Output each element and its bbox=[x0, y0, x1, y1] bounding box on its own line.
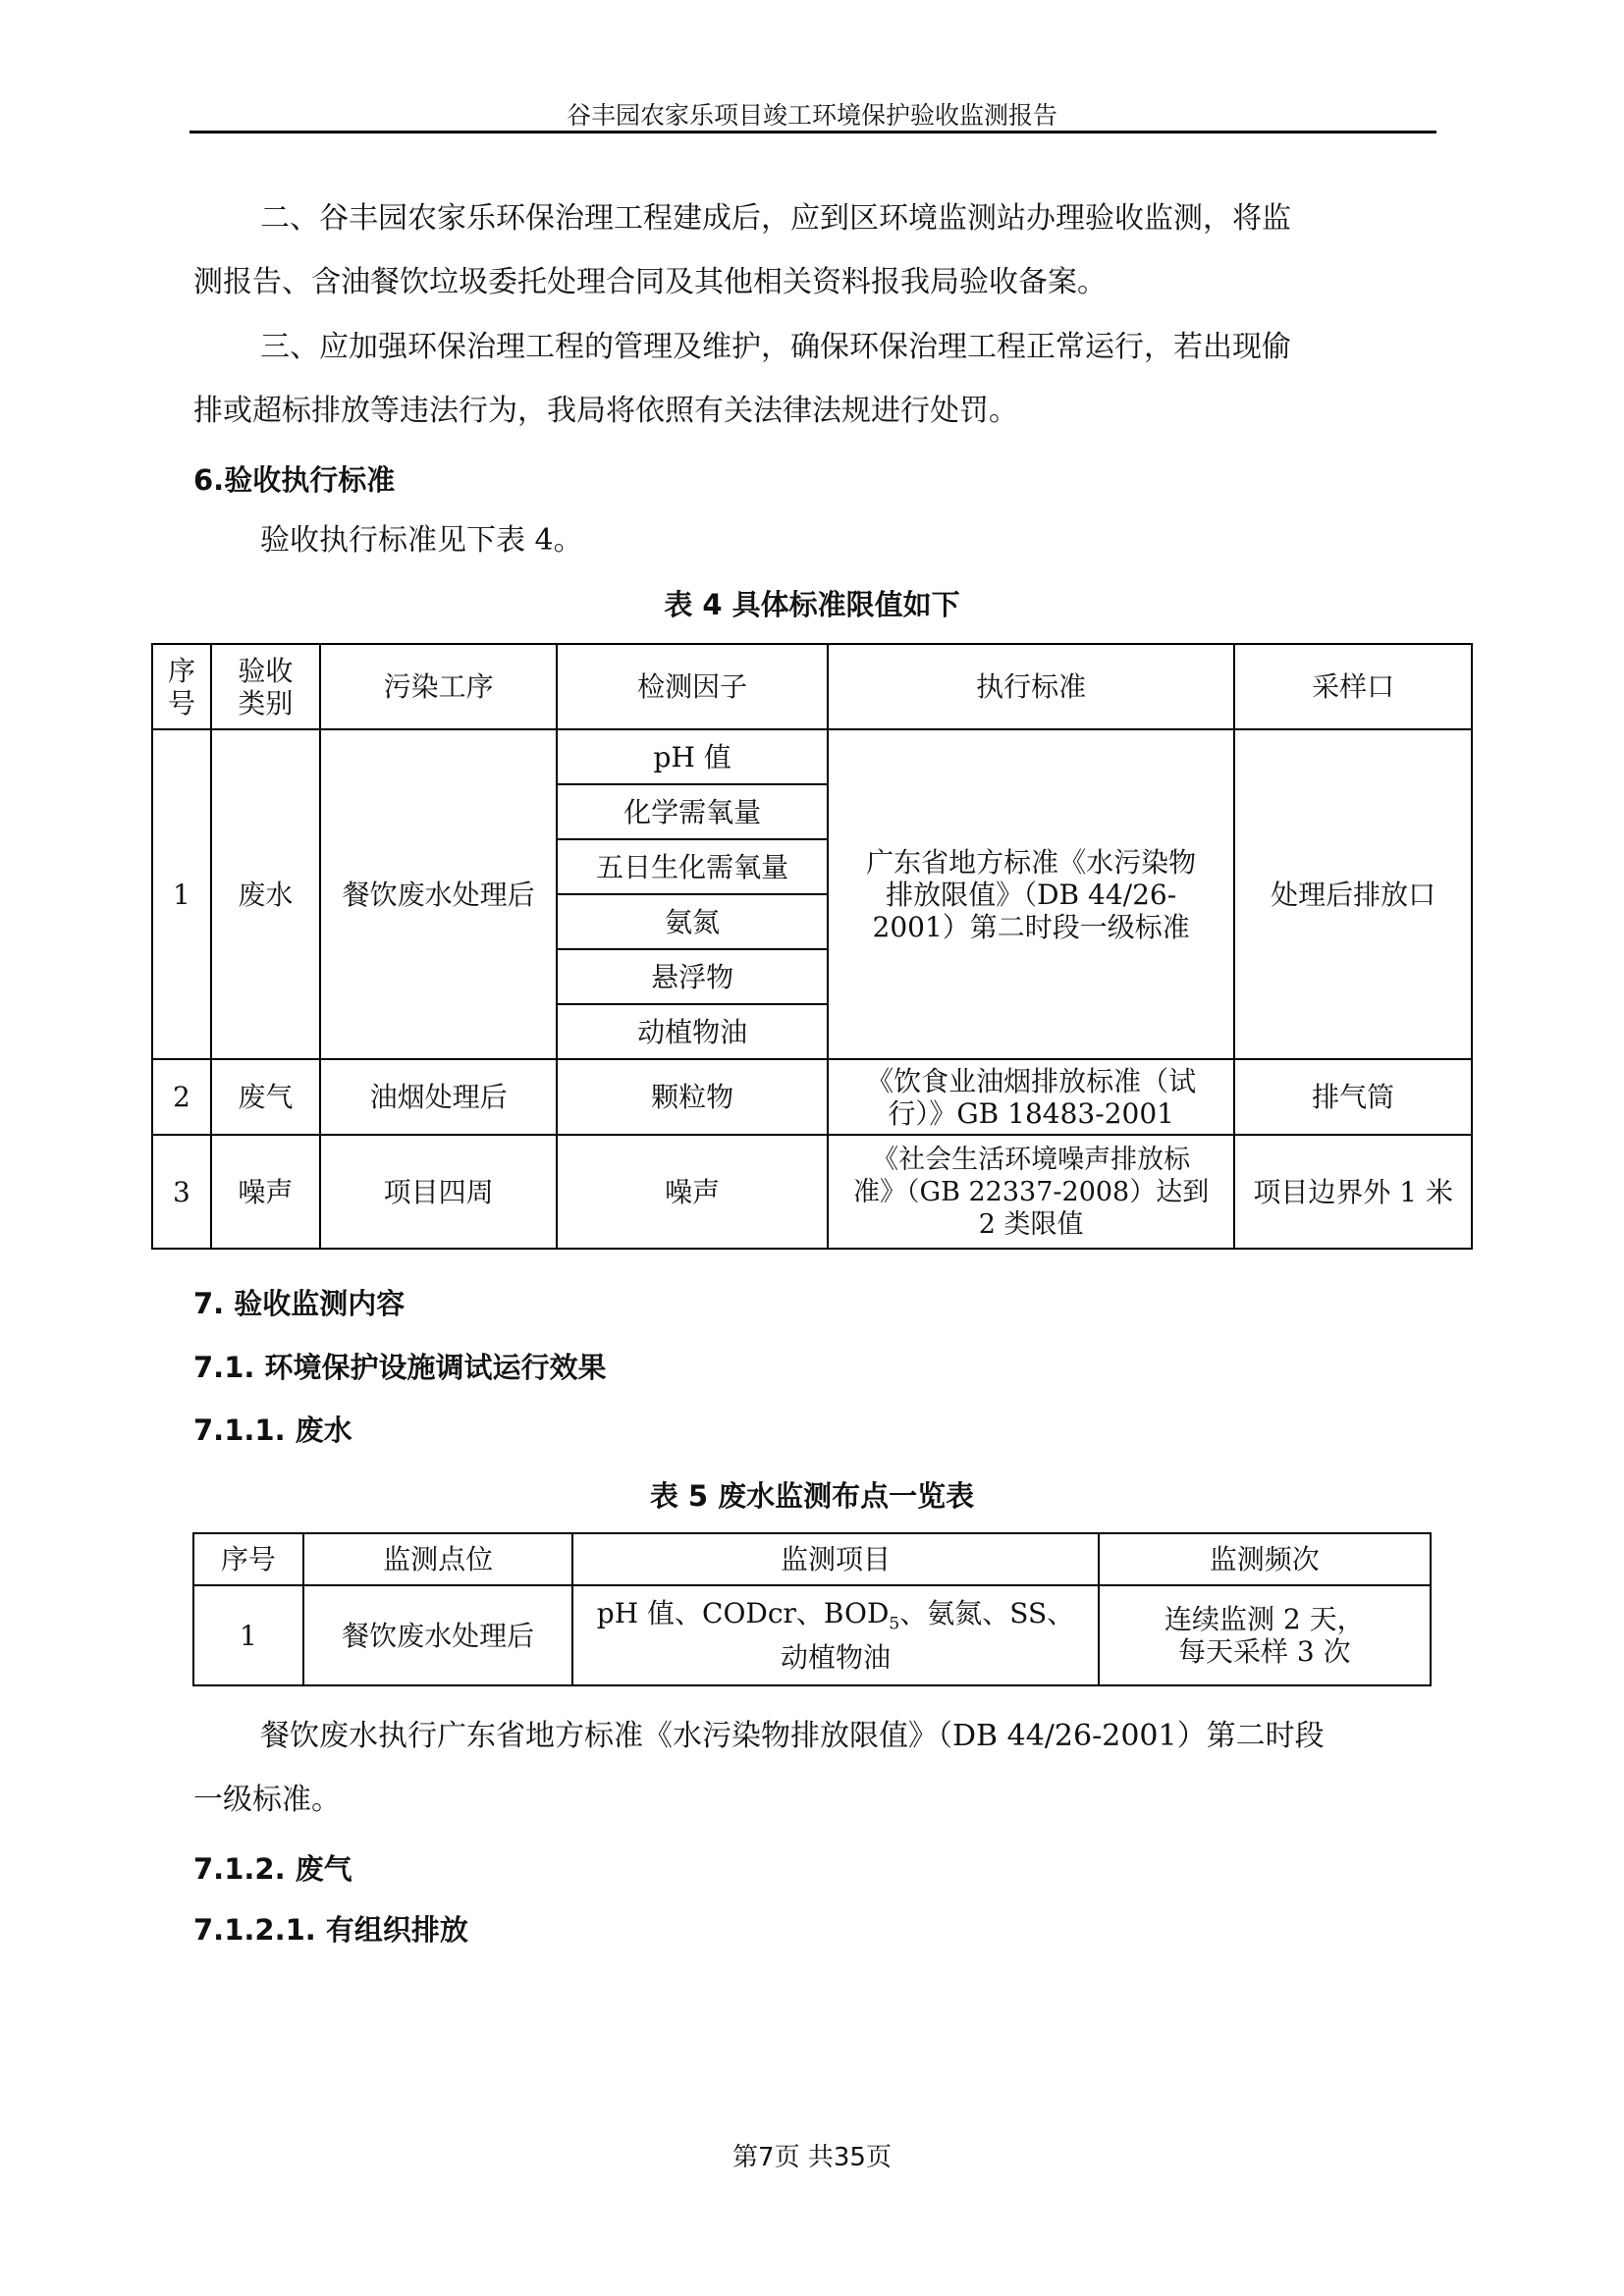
header-cell-standard: 执行标准 bbox=[828, 644, 1234, 729]
table-header-row: 序号 监测点位 监测项目 监测频次 bbox=[193, 1533, 1431, 1585]
page-number: 第7页 共35页 bbox=[0, 2137, 1624, 2173]
header-cell-no: 序号 bbox=[193, 1533, 303, 1585]
cell-sampling: 排气筒 bbox=[1234, 1059, 1472, 1135]
header-cell-frequency: 监测频次 bbox=[1099, 1533, 1431, 1585]
standard-line: 准》（GB 22337-2008）达到 bbox=[831, 1176, 1231, 1208]
table-row: 1 餐饮废水处理后 pH 值、CODcr、BOD5、氨氮、SS、 动植物油 连续… bbox=[193, 1585, 1431, 1685]
table4-caption: 表 4 具体标准限值如下 bbox=[0, 583, 1624, 623]
frequency-line: 连续监测 2 天， bbox=[1102, 1603, 1428, 1635]
cell-category: 废水 bbox=[211, 729, 320, 1059]
subscript: 5 bbox=[889, 1615, 899, 1634]
header-cell-process: 污染工序 bbox=[320, 644, 558, 729]
standard-line: 行）》GB 18483-2001 bbox=[831, 1097, 1231, 1130]
section-heading-6: 6.验收执行标准 bbox=[193, 458, 395, 499]
cell-process: 项目四周 bbox=[320, 1135, 558, 1249]
standard-line: 《社会生活环境噪声排放标 bbox=[831, 1144, 1231, 1176]
frequency-line: 每天采样 3 次 bbox=[1102, 1635, 1428, 1668]
cell-process: 油烟处理后 bbox=[320, 1059, 558, 1135]
table-row: 1 废水 餐饮废水处理后 pH 值 广东省地方标准《水污染物 排放限值》（DB … bbox=[152, 729, 1472, 784]
paragraph-line: 一级标准。 bbox=[193, 1783, 341, 1817]
cell-frequency: 连续监测 2 天， 每天采样 3 次 bbox=[1099, 1585, 1431, 1685]
cell-no: 1 bbox=[193, 1585, 303, 1685]
cell-factor: 动植物油 bbox=[557, 1004, 828, 1059]
cell-category: 噪声 bbox=[211, 1135, 320, 1249]
standard-line: 广东省地方标准《水污染物 bbox=[831, 846, 1231, 879]
table-row: 2 废气 油烟处理后 颗粒物 《饮食业油烟排放标准（试 行）》GB 18483-… bbox=[152, 1059, 1472, 1135]
section-heading-7: 7. 验收监测内容 bbox=[193, 1282, 405, 1322]
cell-point: 餐饮废水处理后 bbox=[303, 1585, 573, 1685]
cell-process: 餐饮废水处理后 bbox=[320, 729, 558, 1059]
paragraph-line: 餐饮废水执行广东省地方标准《水污染物排放限值》（DB 44/26-2001）第二… bbox=[260, 1719, 1325, 1753]
header-text: 类别 bbox=[214, 687, 317, 720]
cell-items: pH 值、CODcr、BOD5、氨氮、SS、 动植物油 bbox=[572, 1585, 1098, 1685]
cell-sampling: 处理后排放口 bbox=[1234, 729, 1472, 1059]
items-line: 动植物油 bbox=[575, 1641, 1095, 1674]
section-heading-7-1: 7.1. 环境保护设施调试运行效果 bbox=[193, 1346, 607, 1386]
cell-factor: 化学需氧量 bbox=[557, 784, 828, 839]
paragraph-line: 测报告、含油餐饮垃圾委托处理合同及其他相关资料报我局验收备案。 bbox=[193, 265, 1107, 299]
cell-factor: 五日生化需氧量 bbox=[557, 839, 828, 894]
header-cell-point: 监测点位 bbox=[303, 1533, 573, 1585]
cell-factor: 悬浮物 bbox=[557, 949, 828, 1004]
standard-line: 《饮食业油烟排放标准（试 bbox=[831, 1065, 1231, 1097]
cell-standard: 《社会生活环境噪声排放标 准》（GB 22337-2008）达到 2 类限值 bbox=[828, 1135, 1234, 1249]
paragraph-line: 三、应加强环保治理工程的管理及维护，确保环保治理工程正常运行，若出现偷 bbox=[260, 330, 1291, 364]
cell-no: 2 bbox=[152, 1059, 211, 1135]
section-heading-7-1-2-1: 7.1.2.1. 有组织排放 bbox=[193, 1908, 468, 1949]
standard-line: 2 类限值 bbox=[831, 1208, 1231, 1241]
cell-factor: 颗粒物 bbox=[557, 1059, 828, 1135]
document-header-title: 谷丰园农家乐项目竣工环境保护验收监测报告 bbox=[0, 96, 1624, 132]
cell-sampling: 项目边界外 1 米 bbox=[1234, 1135, 1472, 1249]
cell-no: 3 bbox=[152, 1135, 211, 1249]
cell-no: 1 bbox=[152, 729, 211, 1059]
items-text: pH 值、CODcr、BOD bbox=[597, 1597, 890, 1629]
section-heading-7-1-2: 7.1.2. 废气 bbox=[193, 1847, 352, 1888]
header-text: 号 bbox=[155, 687, 208, 720]
wastewater-standard-paragraph: 餐饮废水执行广东省地方标准《水污染物排放限值》（DB 44/26-2001）第二… bbox=[193, 1704, 1433, 1832]
items-line: pH 值、CODcr、BOD5、氨氮、SS、 bbox=[575, 1597, 1095, 1641]
header-cell-items: 监测项目 bbox=[572, 1533, 1098, 1585]
header-cell-no: 序号 bbox=[152, 644, 211, 729]
cell-standard: 广东省地方标准《水污染物 排放限值》（DB 44/26- 2001）第二时段一级… bbox=[828, 729, 1234, 1059]
standard-line: 排放限值》（DB 44/26- bbox=[831, 879, 1231, 911]
table-row: 3 噪声 项目四周 噪声 《社会生活环境噪声排放标 准》（GB 22337-20… bbox=[152, 1135, 1472, 1249]
header-cell-sampling: 采样口 bbox=[1234, 644, 1472, 729]
header-text: 验收 bbox=[214, 655, 317, 687]
table-header-row: 序号 验收类别 污染工序 检测因子 执行标准 采样口 bbox=[152, 644, 1472, 729]
monitoring-points-table: 序号 监测点位 监测项目 监测频次 1 餐饮废水处理后 pH 值、CODcr、B… bbox=[192, 1532, 1432, 1686]
cell-factor: 氨氮 bbox=[557, 894, 828, 949]
standards-table: 序号 验收类别 污染工序 检测因子 执行标准 采样口 1 废水 餐饮废水处理后 … bbox=[151, 643, 1473, 1250]
paragraph-line: 验收执行标准见下表 4。 bbox=[260, 523, 583, 558]
paragraph-item-2: 二、谷丰园农家乐环保治理工程建成后，应到区环境监测站办理验收监测，将监 测报告、… bbox=[193, 187, 1433, 314]
cell-standard: 《饮食业油烟排放标准（试 行）》GB 18483-2001 bbox=[828, 1059, 1234, 1135]
header-rule bbox=[189, 131, 1436, 133]
header-cell-category: 验收类别 bbox=[211, 644, 320, 729]
cell-factor: pH 值 bbox=[557, 729, 828, 784]
paragraph-line: 排或超标排放等违法行为，我局将依照有关法律法规进行处罚。 bbox=[193, 394, 1018, 428]
standard-line: 2001）第二时段一级标准 bbox=[831, 911, 1231, 943]
paragraph-line: 二、谷丰园农家乐环保治理工程建成后，应到区环境监测站办理验收监测，将监 bbox=[260, 201, 1291, 236]
standard-intro-paragraph: 验收执行标准见下表 4。 bbox=[193, 508, 1433, 572]
table5-caption: 表 5 废水监测布点一览表 bbox=[0, 1474, 1624, 1515]
header-text: 序 bbox=[155, 655, 208, 687]
header-cell-factor: 检测因子 bbox=[557, 644, 828, 729]
cell-category: 废气 bbox=[211, 1059, 320, 1135]
cell-factor: 噪声 bbox=[557, 1135, 828, 1249]
section-heading-7-1-1: 7.1.1. 废水 bbox=[193, 1409, 352, 1449]
paragraph-item-3: 三、应加强环保治理工程的管理及维护，确保环保治理工程正常运行，若出现偷 排或超标… bbox=[193, 315, 1433, 443]
items-text: 、氨氮、SS、 bbox=[899, 1597, 1074, 1629]
